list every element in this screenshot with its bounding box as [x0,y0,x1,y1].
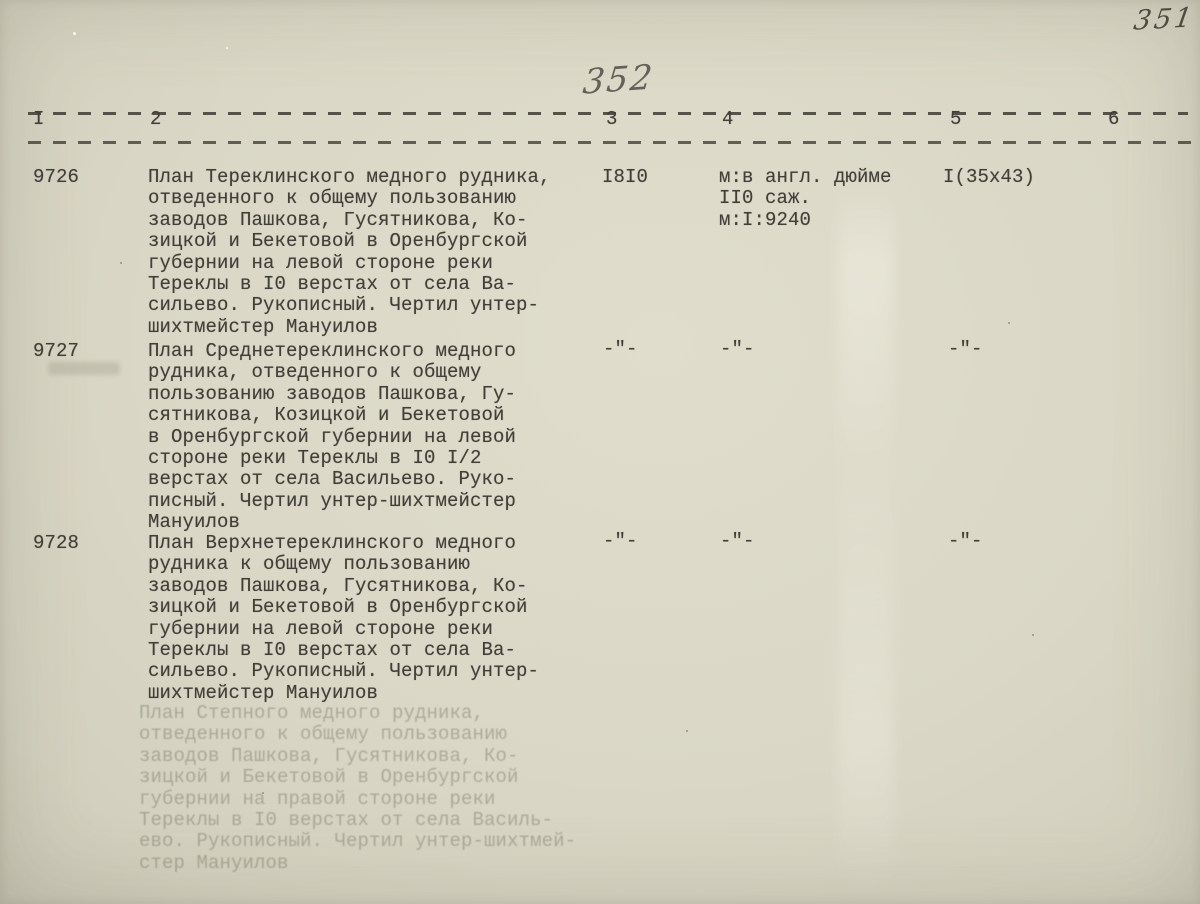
column-number-5: 5 [950,108,961,130]
entry-number: 9728 [33,533,79,554]
entry-size-ditto: -"- [948,339,983,360]
bleedthrough-number-smudge [48,362,120,375]
bleedthrough-text: План Степного медного рудника, отведенно… [139,703,576,874]
entry-number: 9727 [33,341,79,362]
entry-description: План Тереклинского медного рудника, отве… [148,167,551,338]
entry-description: План Среднетереклинского медного рудника… [148,341,516,534]
column-number-2: 2 [150,108,161,130]
entry-scale-ditto: -"- [720,531,755,552]
column-number-6: 6 [1108,108,1119,130]
paper-speck [226,47,228,49]
entry-date-ditto: -"- [603,531,638,552]
entry-scale-ditto: -"- [720,339,755,360]
column-number-4: 4 [722,108,733,130]
table-header-rule-bottom [28,141,1194,144]
paper-speck [120,262,122,264]
handwritten-page-number-top-right: 351 [1132,2,1197,36]
entry-number: 9726 [33,167,79,188]
entry-date: I8I0 [602,167,648,188]
entry-scale: м:в англ. дюйме II0 саж. м:I:9240 [719,167,892,231]
entry-description: План Верхнетереклинского медного рудника… [148,533,539,704]
column-number-3: 3 [606,108,617,130]
paper-speck [1008,322,1010,324]
scanned-archive-page: { "colors":{ "paper":"#dad7c6", "ink":"#… [0,0,1200,904]
paper-speck [1032,634,1034,636]
paper-sheen [838,180,894,900]
column-number-1: I [33,108,44,130]
handwritten-page-number-center: 352 [581,57,656,102]
paper-speck [73,32,76,35]
paper-speck [686,730,688,732]
entry-date-ditto: -"- [603,339,638,360]
entry-size: I(35x43) [943,167,1035,188]
entry-size-ditto: -"- [948,531,983,552]
